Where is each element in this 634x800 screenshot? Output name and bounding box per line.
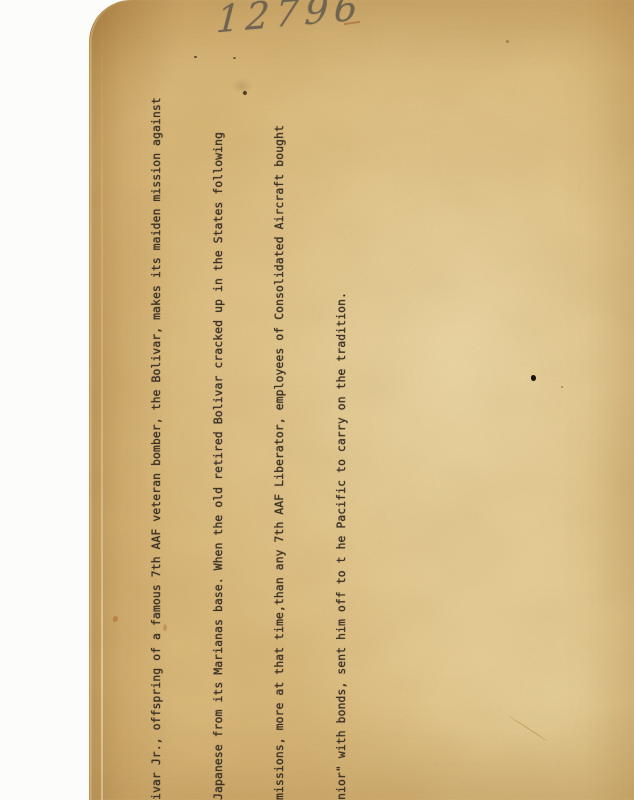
paper-speck: [561, 386, 563, 388]
photo-paper: 12796 ivar Jr., offspring of a famous 7t…: [89, 0, 634, 800]
typed-caption-line: ivar Jr., offspring of a famous 7th AAF …: [146, 0, 167, 800]
typed-caption-line: nior" with bonds, sent him off to t he P…: [331, 0, 352, 800]
paper-speck: [531, 375, 536, 381]
paper-crease: [101, 0, 103, 800]
typed-caption-line: missions, more at that time,than any 7th…: [269, 0, 290, 800]
paper-speck: [194, 56, 197, 58]
paper-speck: [233, 57, 236, 59]
rust-stain: [163, 624, 167, 631]
scanned-photo-verso: 12796 ivar Jr., offspring of a famous 7t…: [0, 0, 634, 800]
paper-speck: [506, 40, 509, 43]
typed-caption: ivar Jr., offspring of a famous 7th AAF …: [105, 0, 188, 800]
paper-scratch: [508, 716, 547, 742]
typed-caption-line: Japanese from its Marianas base. When th…: [208, 0, 229, 800]
